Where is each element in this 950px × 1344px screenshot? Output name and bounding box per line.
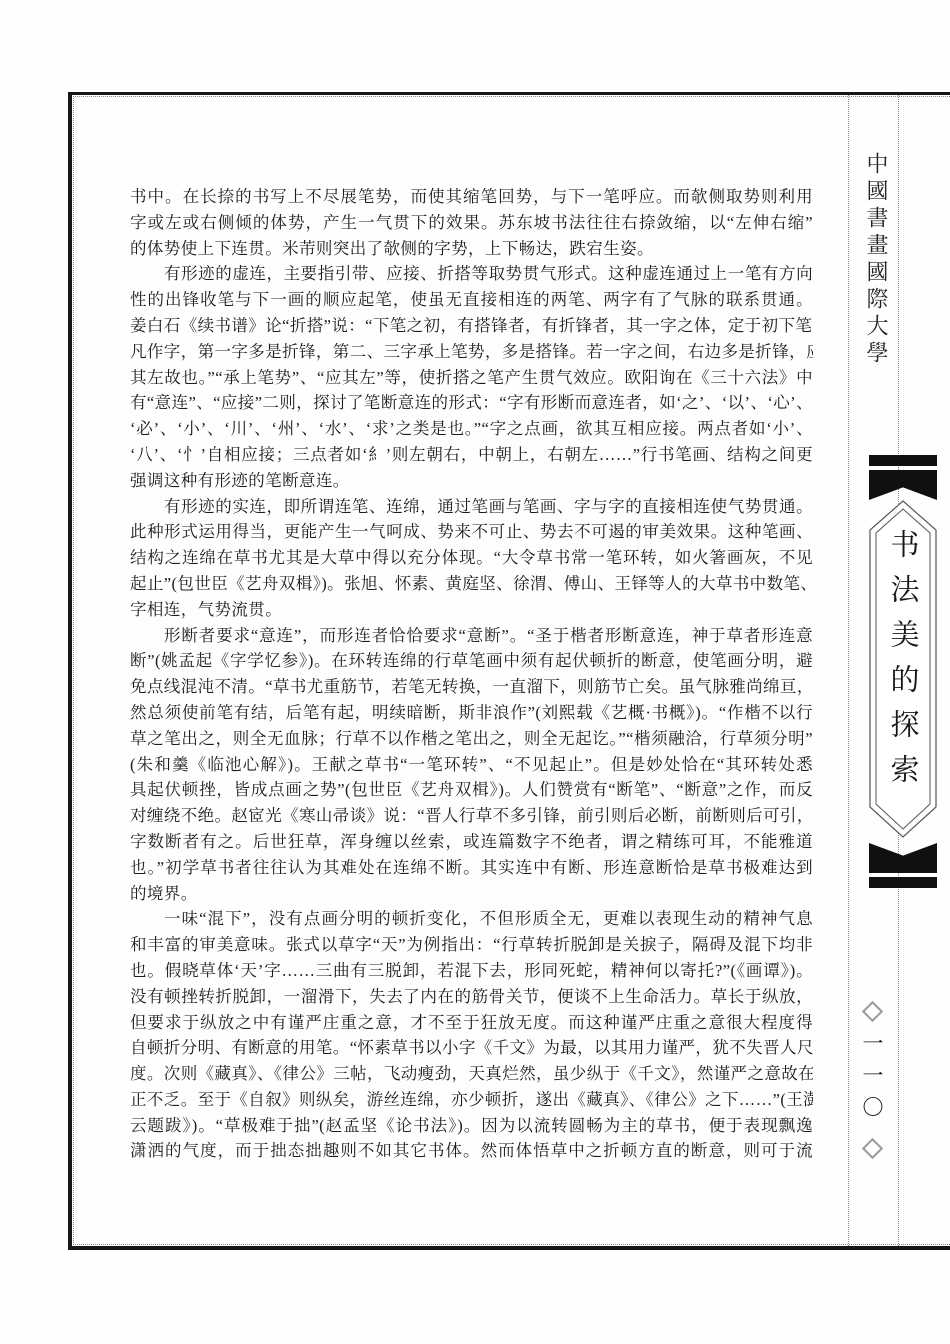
banner-ribbon-top	[869, 470, 937, 500]
text-line: 有形迹的实连，即所谓连笔、连绵，通过笔画与笔画、字与字的直接相连使气势贯通。	[130, 494, 813, 520]
diamond-icon	[861, 1001, 882, 1022]
text-line: 姜白石《续书谱》论“折搭”说：“下笔之初，有搭锋者，有折锋者，其一字之体，定于初…	[130, 313, 813, 339]
diamond-icon	[861, 1138, 882, 1159]
text-line: 的体势使上下连贯。米芾则突出了欹侧的字势，上下畅达，跌宕生姿。	[130, 236, 813, 262]
page-number-block: 一一〇	[857, 1000, 887, 1160]
book-title: 书法美的探索	[883, 529, 924, 799]
text-line: 也。假晓草体‘天’字……三曲有三脱卸，若混下去，形同死蛇，精神何以寄托?”(《画…	[130, 958, 813, 984]
scanned-book-page: 书中。在长捺的书写上不尽展笔势，而使其缩笔回势，与下一笔呼应。而欹侧取势则利用字…	[0, 0, 950, 1344]
sidebar-rule-left	[848, 95, 849, 1246]
text-line: 对缠绕不绝。赵宧光《寒山帚谈》说：“晋人行草不多引锋，前引则后必断，前断则后可引…	[130, 803, 813, 829]
text-line: 潇洒的气度，而于拙态拙趣则不如其它书体。然而体悟草中之折顿方直的断意，则可于流	[130, 1138, 813, 1164]
text-line: 草之笔出之，则全无血脉；行草不以作楷之笔出之，则全无起讫。”“楷须融洽，行草须分…	[130, 726, 813, 752]
banner-bar-top	[869, 455, 937, 466]
text-line: 度。次则《藏真》、《律公》三帖，飞动瘦劲，天真烂然，虽少纵于《千文》，然谨严之意…	[130, 1061, 813, 1087]
text-line: 有“意连”、“应接”二则，探讨了笔断意连的形式：“字有形断而意连者，如‘之’、‘…	[130, 390, 813, 416]
text-line: 字数断者有之。后世狂草，浑身缠以丝索，或连篇数字不绝者，谓之精练可耳，不能雅道	[130, 829, 813, 855]
text-line: 字相连，气势流贯。	[130, 597, 813, 623]
banner-bar-bottom	[869, 877, 937, 888]
text-line: 正不乏。至于《自叙》则纵矣，游丝连绵，亦少顿折，遂出《藏真》、《律公》之下……”…	[130, 1087, 813, 1113]
text-line: 结构之连绵在草书尤其是大草中得以充分体现。“大令草书常一笔环转，如火箸画灰，不见	[130, 545, 813, 571]
text-line: 书中。在长捺的书写上不尽展笔势，而使其缩笔回势，与下一笔呼应。而欹侧取势则利用	[130, 184, 813, 210]
text-line: 性的出锋收笔与下一画的顺应起笔，使虽无直接相连的两笔、两字有了气脉的联系贯通。	[130, 287, 813, 313]
text-line: 形断者要求“意连”，而形连者恰恰要求“意断”。“圣于楷者形断意连，神于草者形连意	[130, 623, 813, 649]
body-text: 书中。在长捺的书写上不尽展笔势，而使其缩笔回势，与下一笔呼应。而欹侧取势则利用字…	[130, 184, 813, 1164]
text-line: ‘八’、‘忄’自相应接；三点者如‘糹’则左朝右，中朝上，右朝左……”行书笔画、结…	[130, 442, 813, 468]
text-line: 有形迹的虚连，主要指引带、应接、折搭等取势贯气形式。这种虚连通过上一笔有方向	[130, 261, 813, 287]
text-line: 字或左或右侧倾的体势，产生一气贯下的效果。苏东坡书法往往右捺敛缩，以“左伸右缩”	[130, 210, 813, 236]
title-banner: 书法美的探索	[869, 455, 937, 888]
text-line: 具起伏顿挫，皆成点画之势”(包世臣《艺舟双楫》)。人们赞赏有“断笔”、“断意”之…	[130, 777, 813, 803]
text-line: 断”(姚孟起《字学忆参》)。在环转连绵的行草笔画中须有起伏顿折的断意，使笔画分明…	[130, 648, 813, 674]
text-line: 自顿折分明、有断意的用笔。“怀素草书以小字《千文》为最，以其用力谨严，犹不失晋人…	[130, 1035, 813, 1061]
text-line: (朱和羹《临池心解》)。王献之草书“一笔环转”、“不见起止”。但是妙处恰在“其环…	[130, 752, 813, 778]
text-line: 没有顿挫转折脱卸，一溜滑下，失去了内在的筋骨关节，便谈不上生命活力。草长于纵放，	[130, 984, 813, 1010]
text-line: 其左故也。”“承上笔势”、“应其左”等，使折搭之笔产生贯气效应。欧阳询在《三十六…	[130, 365, 813, 391]
page-number: 一一〇	[857, 1032, 887, 1128]
text-line: 云题跋》)。“草极难于拙”(赵孟坚《论书法》)。因为以流转圆畅为主的草书，便于表…	[130, 1113, 813, 1139]
text-line: 此种形式运用得当，更能产生一气呵成、势来不可止、势去不可遏的审美效果。这种笔画、	[130, 519, 813, 545]
text-line: 强调这种有形迹的笔断意连。	[130, 468, 813, 494]
text-line: 一味“混下”，没有点画分明的顿折变化，不但形质全无，更难以表现生动的精神气息	[130, 906, 813, 932]
text-line: 起止”(包世臣《艺舟双楫》)。张旭、怀素、黄庭坚、徐渭、傅山、王铎等人的大草书中…	[130, 571, 813, 597]
institution-vertical-text: 中國書畫國際大學	[861, 152, 892, 368]
text-line: 然总须使前笔有结，后笔有起，明续暗断，斯非浪作”(刘熙载《艺概·书概》)。“作楷…	[130, 700, 813, 726]
text-line: 但要求于纵放之中有谨严庄重之意，才不至于狂放无度。而这种谨严庄重之意很大程度得	[130, 1010, 813, 1036]
text-line: 免点线混沌不清。“草书尤重筋节，若笔无转换，一直溜下，则筋节亡矣。虽气脉雅尚绵亘…	[130, 674, 813, 700]
text-line: ‘必’、‘小’、‘川’、‘州’、‘水’、‘求’之类是也。”“字之点画，欲其互相应…	[130, 416, 813, 442]
banner-ribbon-bottom	[869, 843, 937, 873]
text-line: 和丰富的审美意味。张式以草字“天”为例指出：“行草转折脱卸是关捩子，隔碍及混下均…	[130, 932, 813, 958]
text-line: 凡作字，第一字多是折锋，第二、三字承上笔势，多是搭锋。若一字之间，右边多是折锋，…	[130, 339, 813, 365]
text-line: 也。”初学草书者往往认为其难处在连绵不断。其实连中有断、形连意断恰是草书极难达到	[130, 855, 813, 881]
text-line: 的境界。	[130, 881, 813, 907]
